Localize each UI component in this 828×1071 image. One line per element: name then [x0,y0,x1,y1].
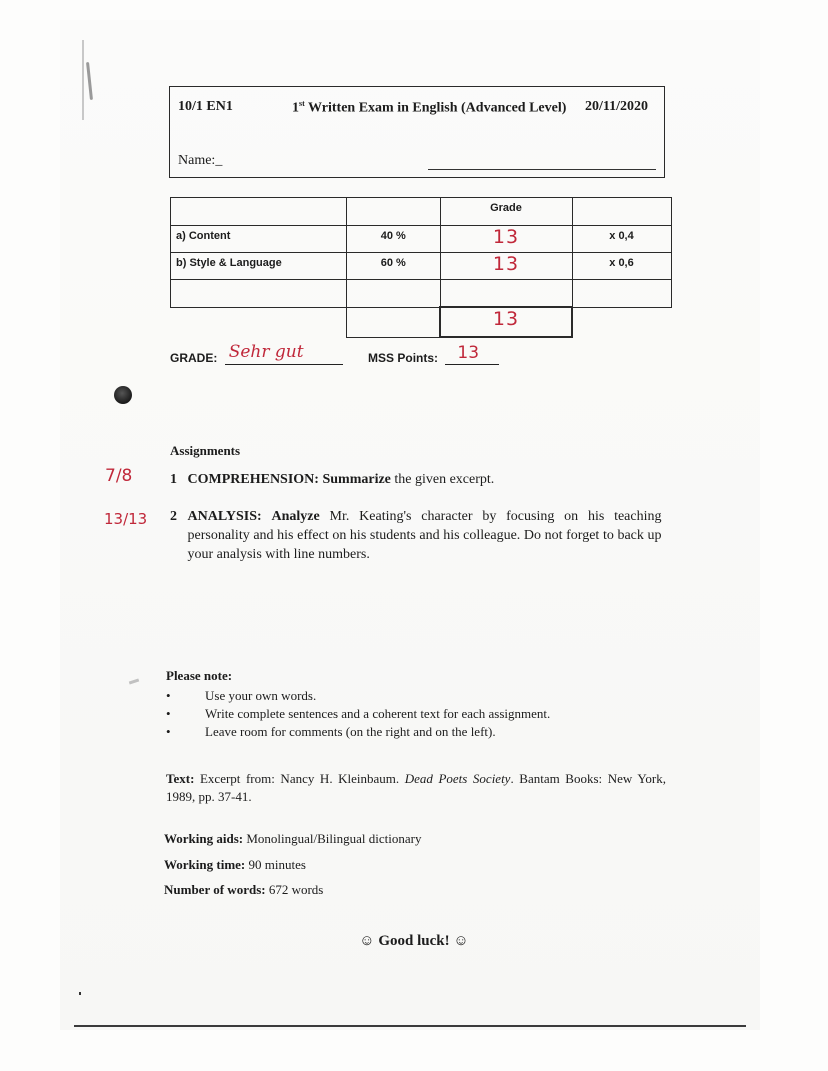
header-cell: Grade [440,198,572,226]
grade-label: GRADE: [170,351,217,365]
assignment-2: 2 ANALYSIS: Analyze Mr. Keating's charac… [170,507,670,564]
note-heading: Please note: [166,668,550,684]
header-cell [572,198,671,226]
row-label-cell: b) Style & Language [171,253,347,280]
name-field[interactable] [428,169,656,170]
working-aids-label: Working aids: [164,831,243,846]
source-label: Text: [166,771,194,786]
hole-punch [114,386,132,404]
factor-value: x 0,6 [609,253,633,269]
exam-title: 1st Written Exam in English (Advanced Le… [292,99,566,117]
assignment-1: 1 COMPREHENSION: Summarize the given exc… [170,470,494,489]
total-row: 13 [171,307,672,337]
name-label: Name:_ [178,153,222,169]
handwritten-grade-word: Sehr gut [229,342,304,362]
title-number: 1 [292,101,299,116]
working-time: Working time: 90 minutes [164,857,306,873]
handwritten-score-1: 7/8 [105,466,132,486]
good-luck-message: ☺ Good luck! ☺ [0,933,828,950]
factor-cell: x 0,6 [572,253,671,280]
weight-cell: 60 % [347,253,441,280]
table-row [171,280,672,308]
note-item: Use your own words. [166,687,550,705]
assignment-verb: Summarize [322,472,390,487]
handwritten-score-2: 13/13 [104,510,147,528]
grade-column-header: Grade [490,198,522,214]
grade-cell: 13 [440,226,572,253]
handwritten-mss-points: 13 [457,343,479,363]
mss-points-field: 13 [445,350,499,365]
source-author: Excerpt from: Nancy H. Kleinbaum. [194,771,404,786]
handwritten-grade: 13 [493,226,519,248]
handwritten-total: 13 [493,308,519,330]
factor-value: x 0,4 [609,226,633,242]
spacer-cell [171,307,347,337]
assignment-verb: Analyze [272,509,320,524]
final-grade-line: GRADE: Sehr gut MSS Points: 13 [170,350,499,365]
grade-field: Sehr gut [225,350,343,365]
weight-value: 60 % [381,253,406,269]
stray-mark [79,992,81,995]
word-count: Number of words: 672 words [164,882,323,898]
exam-date: 20/11/2020 [585,99,648,115]
note-list: Use your own words. Write complete sente… [166,687,550,741]
working-time-label: Working time: [164,857,245,872]
assignment-number: 1 [170,470,184,489]
word-count-label: Number of words: [164,882,266,897]
empty-cell [440,280,572,308]
total-grade-cell: 13 [440,307,572,337]
grade-table: Grade a) Content 40 % 13 x 0,4 b) Style … [170,197,672,338]
assignment-number: 2 [170,507,184,526]
working-time-value: 90 minutes [245,857,306,872]
table-row: b) Style & Language 60 % 13 x 0,6 [171,253,672,280]
text-source: Text: Excerpt from: Nancy H. Kleinbaum. … [166,770,666,806]
table-row: a) Content 40 % 13 x 0,4 [171,226,672,253]
note-item: Leave room for comments (on the right an… [166,723,550,741]
working-aids-value: Monolingual/Bilingual dictionary [243,831,421,846]
note-item: Write complete sentences and a coherent … [166,705,550,723]
assignments-heading: Assignments [170,443,240,459]
empty-cell [171,280,347,308]
working-aids: Working aids: Monolingual/Bilingual dict… [164,831,421,847]
empty-cell [347,280,441,308]
mss-points-label: MSS Points: [368,351,438,365]
exam-header: 10/1 EN1 1st Written Exam in English (Ad… [169,86,665,178]
spacer-cell [572,307,671,337]
factor-cell: x 0,4 [572,226,671,253]
handwritten-grade: 13 [493,253,519,275]
row-label-cell: a) Content [171,226,347,253]
title-text: Written Exam in English (Advanced Level) [305,101,567,116]
class-code: 10/1 EN1 [178,99,233,115]
weight-cell: 40 % [347,226,441,253]
source-book-title: Dead Poets Society [405,771,511,786]
row-label: a) Content [176,226,230,242]
bottom-rule [74,1025,746,1027]
please-note: Please note: Use your own words. Write c… [166,668,550,741]
header-cell [347,198,441,226]
good-luck-text: ☺ Good luck! ☺ [359,933,468,950]
spacer-cell [347,307,441,337]
grade-cell: 13 [440,253,572,280]
header-cell [171,198,347,226]
row-label: b) Style & Language [176,253,282,269]
table-header-row: Grade [171,198,672,226]
weight-value: 40 % [381,226,406,242]
assignment-type: ANALYSIS: [188,509,262,524]
empty-cell [572,280,671,308]
assignment-body: ANALYSIS: Analyze Mr. Keating's characte… [188,507,662,564]
word-count-value: 672 words [266,882,324,897]
assignment-text: the given excerpt. [391,472,494,487]
assignment-type: COMPREHENSION: [188,472,319,487]
page-edge-mark [82,40,84,120]
